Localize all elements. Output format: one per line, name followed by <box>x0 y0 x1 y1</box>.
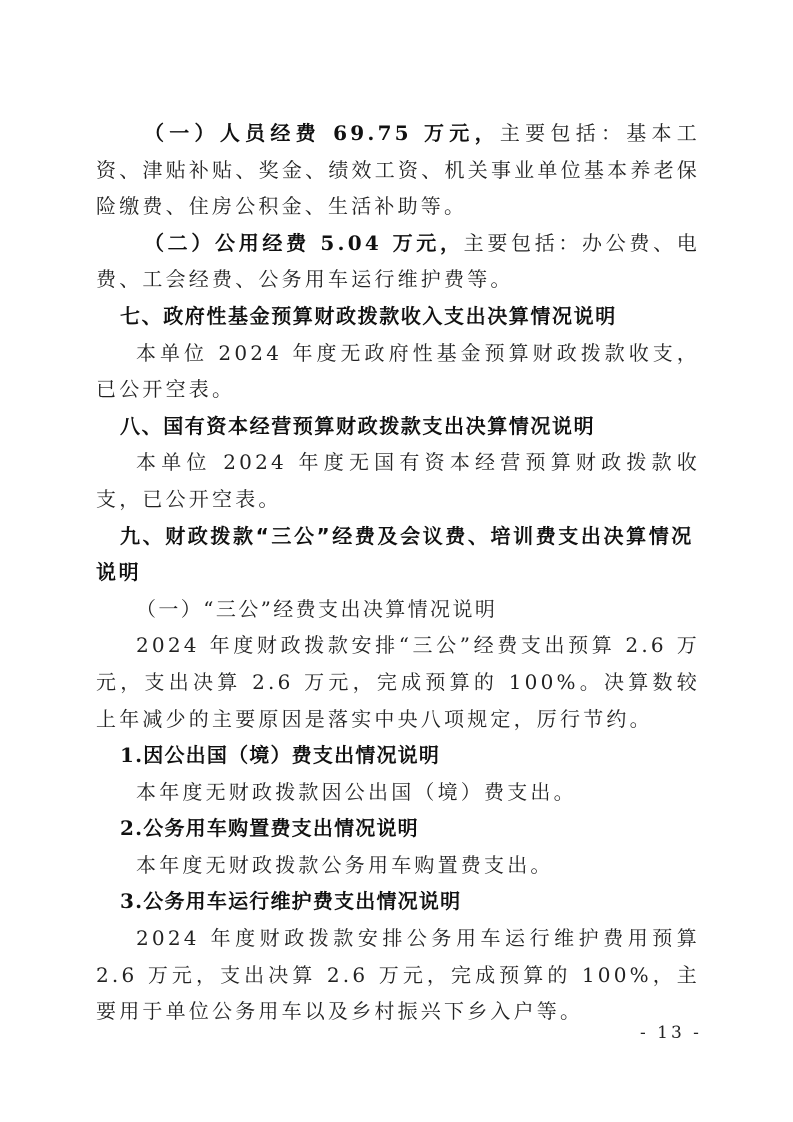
personnel-expense-lead: （一）人员经费 69.75 万元， <box>144 121 500 145</box>
section-9-heading: 九、财政拨款“三公”经费及会议费、培训费支出决算情况说明 <box>96 518 700 591</box>
personnel-expense-paragraph: （一）人员经费 69.75 万元，主要包括：基本工资、津贴补贴、奖金、绩效工资、… <box>96 115 700 225</box>
item-1-heading: 1.因公出国（境）费支出情况说明 <box>96 737 700 774</box>
section-8-heading: 八、国有资本经营预算财政拨款支出决算情况说明 <box>96 408 700 445</box>
section-9-subheading: （一）“三公”经费支出决算情况说明 <box>96 591 700 628</box>
item-2-body: 本年度无财政拨款公务用车购置费支出。 <box>96 847 700 884</box>
item-3-body: 2024 年度财政拨款安排公务用车运行维护费用预算 2.6 万元，支出决算 2.… <box>96 920 700 1030</box>
section-7-body: 本单位 2024 年度无政府性基金预算财政拨款收支，已公开空表。 <box>96 335 700 408</box>
item-3-heading: 3.公务用车运行维护费支出情况说明 <box>96 883 700 920</box>
document-page: （一）人员经费 69.75 万元，主要包括：基本工资、津贴补贴、奖金、绩效工资、… <box>96 115 700 1030</box>
section-7-heading: 七、政府性基金预算财政拨款收入支出决算情况说明 <box>96 298 700 335</box>
section-9-summary: 2024 年度财政拨款安排“三公”经费支出预算 2.6 万元，支出决算 2.6 … <box>96 627 700 737</box>
section-8-body: 本单位 2024 年度无国有资本经营预算财政拨款收支，已公开空表。 <box>96 444 700 517</box>
item-2-heading: 2.公务用车购置费支出情况说明 <box>96 810 700 847</box>
page-number: - 13 - <box>640 1023 702 1043</box>
item-1-body: 本年度无财政拨款因公出国（境）费支出。 <box>96 774 700 811</box>
public-expense-lead: （二）公用经费 5.04 万元， <box>144 231 464 255</box>
public-expense-paragraph: （二）公用经费 5.04 万元，主要包括：办公费、电费、工会经费、公务用车运行维… <box>96 225 700 298</box>
